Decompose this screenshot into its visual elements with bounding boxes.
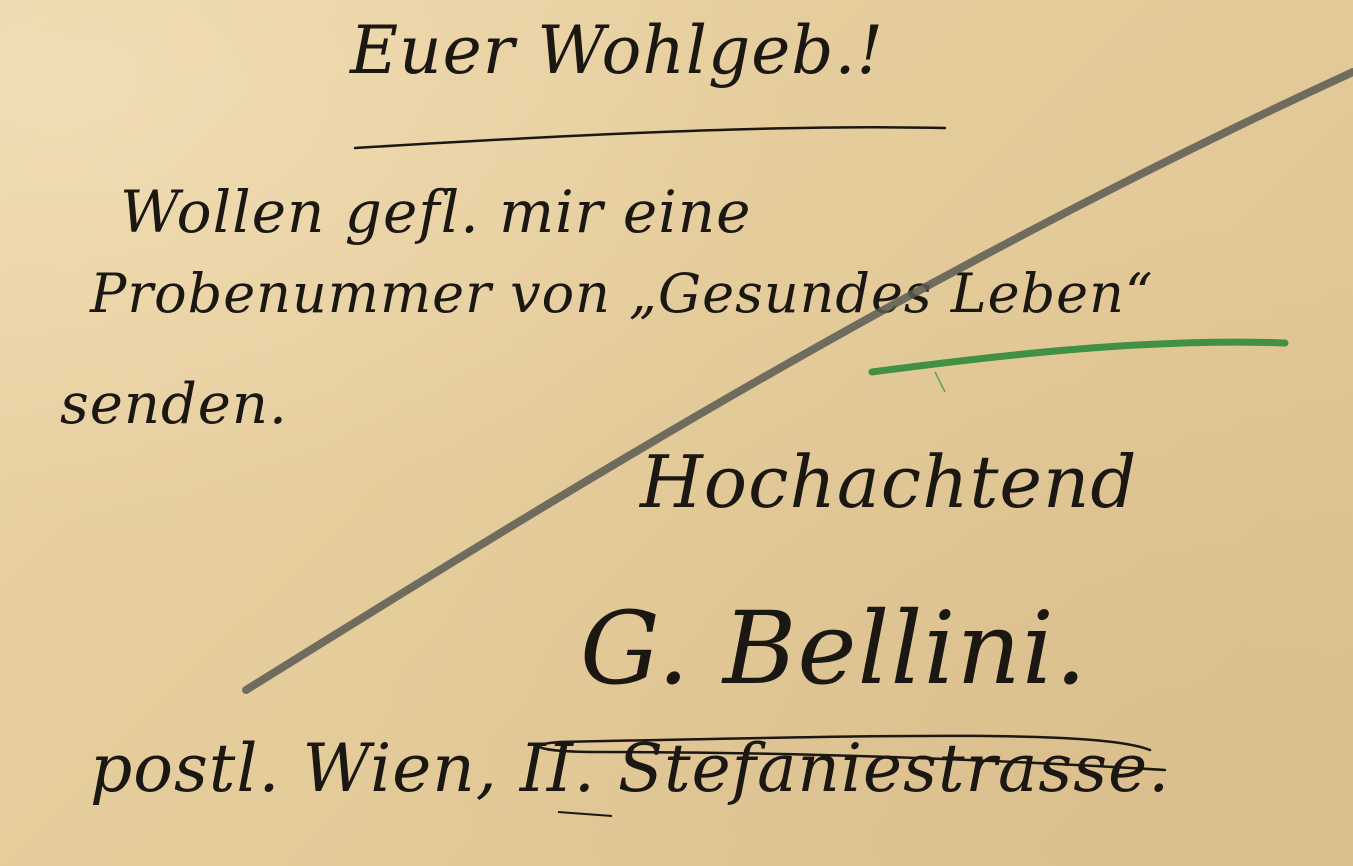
district-underline [558, 812, 612, 816]
postcard: Euer Wohlgeb.! Wollen gefl. mir eine Pro… [0, 0, 1353, 866]
green-underline-tick [935, 372, 945, 392]
salutation: Euer Wohlgeb.! [350, 12, 884, 89]
closing: Hochachtend [640, 440, 1137, 524]
signature: G. Bellini. [580, 590, 1088, 707]
body-line-1: Wollen gefl. mir eine [120, 178, 751, 246]
salutation-underline [355, 127, 945, 148]
body-line-3: senden. [60, 372, 288, 437]
address-line: postl. Wien, II. Stefaniestrasse. [90, 730, 1170, 807]
body-line-2: Probenummer von „Gesundes Leben“ [90, 262, 1154, 325]
green-underline [872, 342, 1285, 372]
